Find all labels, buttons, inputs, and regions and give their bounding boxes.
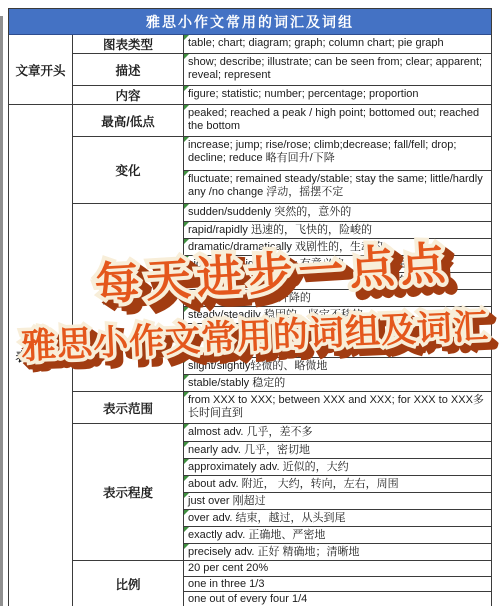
cell-text: dramatic/dramatically 戏剧性的，生动的: [188, 241, 383, 253]
row-label: 表示程度: [72, 424, 184, 560]
cell-text: just over 刚超过: [188, 495, 266, 507]
row-label: 图表类型: [72, 35, 184, 53]
cell-text: show; describe; illustrate; can be seen …: [188, 56, 482, 81]
cell-text: steady/steadily 稳固的，坚定不移的: [188, 309, 363, 321]
table-cell: slight/slightly轻微的、略微地: [184, 357, 491, 374]
table-cell: show; describe; illustrate; can be seen …: [184, 54, 491, 85]
row-label: 表示范围: [72, 392, 184, 423]
cell-corner-marker-icon: [184, 273, 189, 278]
table-row: 最高/低点 peaked; reached a peak / high poin…: [72, 105, 491, 136]
table-row: 表示程度 almost adv. 几乎，差不多 nearly adv. 几乎，密…: [72, 423, 491, 560]
cell-text: approximately adv. 近似的，大约: [188, 461, 349, 473]
cell-corner-marker-icon: [184, 137, 189, 142]
cell-corner-marker-icon: [184, 222, 189, 227]
table-cell-obscured: [184, 323, 491, 340]
cell-text: nearly adv. 几乎，密切地: [188, 444, 310, 456]
group-article-opening: 文章开头 图表类型 table; chart; diagram; graph; …: [9, 35, 491, 104]
cell-text: from XXX to XXX; between XXX and XXX; fo…: [188, 394, 484, 419]
cell-corner-marker-icon: [184, 392, 189, 397]
cell-text: increase; jump; rise/rose; climb;decreas…: [188, 139, 456, 164]
cell-text: slight/slightly轻微的、略微地: [188, 360, 327, 372]
cell-text: 20 per cent 20%: [188, 562, 268, 574]
cell-corner-marker-icon: [184, 290, 189, 295]
row-label: 最高/低点: [72, 105, 184, 136]
table-cell: precisely adv. 正好 精确地；清晰地: [184, 543, 491, 560]
cell-corner-marker-icon: [184, 54, 189, 59]
row-label: 变化: [72, 137, 184, 203]
cell-corner-marker-icon: [184, 442, 189, 447]
table-cell-partially-obscured: 急剧的: [184, 272, 491, 289]
cell-text: almost adv. 几乎，差不多: [188, 426, 313, 438]
cell-corner-marker-icon: [184, 358, 189, 363]
table-cell: sudden/suddenly 突然的，意外的: [184, 204, 491, 221]
cell-text: table; chart; diagram; graph; column cha…: [188, 37, 444, 49]
cell-corner-marker-icon: [184, 424, 189, 429]
cell-corner-marker-icon: [184, 493, 189, 498]
table-cell: nearly adv. 几乎，密切地: [184, 441, 491, 458]
cell-corner-marker-icon: [184, 527, 189, 532]
table-cell: dramatic/dramatically 戏剧性的，生动的: [184, 238, 491, 255]
cell-text: one out of every four 1/4: [188, 593, 307, 605]
table-cell: rapid/rapidly 迅速的，飞快的，险峻的: [184, 221, 491, 238]
table-row: 内容 figure; statistic; number; percentage…: [72, 85, 491, 104]
table-row: 图表类型 table; chart; diagram; graph; colum…: [72, 35, 491, 53]
cell-corner-marker-icon: [184, 256, 189, 261]
cell-text: exactly adv. 正确地、严密地: [188, 529, 325, 541]
cell-corner-marker-icon: [184, 86, 189, 91]
table-cell: exactly adv. 正确地、严密地: [184, 526, 491, 543]
row-label: 比例: [72, 561, 184, 606]
cell-text: 急剧的: [398, 275, 431, 287]
cell-corner-marker-icon: [184, 239, 189, 244]
cell-corner-marker-icon: [184, 510, 189, 515]
table-cell: steady/steadily 稳固的，坚定不移的: [184, 306, 491, 323]
table-cell: stable/stably 稳定的: [184, 374, 491, 391]
table-row: 描述 show; describe; illustrate; can be se…: [72, 53, 491, 85]
cell-text: one in three 1/3: [188, 578, 264, 590]
row-label: 描述: [72, 54, 184, 85]
table-cell: table; chart; diagram; graph; column cha…: [184, 35, 491, 52]
table-cell: figure; statistic; number; percentage; p…: [184, 86, 491, 103]
cell-corner-marker-icon: [184, 459, 189, 464]
page-left-edge: [0, 16, 3, 606]
table-cell: 20 per cent 20%: [184, 561, 491, 576]
cell-corner-marker-icon: [184, 476, 189, 481]
table-cell: over adv. 结束，越过，从头到尾: [184, 509, 491, 526]
cell-corner-marker-icon: [184, 204, 189, 209]
cell-corner-marker-icon: [184, 105, 189, 110]
cell-text: stable/stably 稳定的: [188, 377, 285, 389]
table-title: 雅思小作文常用的词汇及词组: [9, 9, 491, 35]
row-label: 变化程度: [72, 204, 184, 391]
cell-text: peaked; reached a peak / high point; bot…: [188, 107, 479, 132]
table-cell: steep/steeply 急剧升降的: [184, 289, 491, 306]
cell-text: over adv. 结束，越过，从头到尾: [188, 512, 346, 524]
table-cell: one out of every four 1/4: [184, 591, 491, 606]
row-label: 内容: [72, 86, 184, 104]
cell-corner-marker-icon: [184, 171, 189, 176]
table-row: 比例 20 per cent 20% one in three 1/3 one …: [72, 560, 491, 606]
cell-corner-marker-icon: [184, 375, 189, 380]
table-cell: one in three 1/3: [184, 576, 491, 591]
table-row: 表示范围 from XXX to XXX; between XXX and XX…: [72, 391, 491, 423]
group-label: 表述数据: [9, 105, 72, 606]
table-row: 变化程度 sudden/suddenly 突然的，意外的 rapid/rapid…: [72, 203, 491, 391]
cell-text: fluctuate; remained steady/stable; stay …: [188, 173, 483, 198]
cell-text: about adv. 附近， 大约，转向，左右，周围: [188, 478, 399, 490]
table-cell: increase; jump; rise/rose; climb;decreas…: [184, 137, 491, 170]
cell-text: precisely adv. 正好 精确地；清晰地: [188, 546, 360, 558]
table-cell: fluctuate; remained steady/stable; stay …: [184, 170, 491, 203]
cell-corner-marker-icon: [184, 307, 189, 312]
cell-text: significant/significantly 有意义的，重大的，重要的: [188, 258, 432, 270]
cell-corner-marker-icon: [184, 35, 189, 40]
cell-text: figure; statistic; number; percentage; p…: [188, 88, 419, 100]
cell-text: rapid/rapidly 迅速的，飞快的，险峻的: [188, 224, 372, 236]
cell-text: sudden/suddenly 突然的，意外的: [188, 206, 351, 218]
table-cell: peaked; reached a peak / high point; bot…: [184, 105, 491, 136]
group-data-description: 表述数据 最高/低点 peaked; reached a peak / high…: [9, 104, 491, 606]
table-cell-obscured: [184, 340, 491, 357]
group-label: 文章开头: [9, 35, 72, 104]
table-cell: approximately adv. 近似的，大约: [184, 458, 491, 475]
cell-corner-marker-icon: [184, 544, 189, 549]
table-cell: from XXX to XXX; between XXX and XXX; fo…: [184, 392, 491, 423]
table-cell: just over 刚超过: [184, 492, 491, 509]
table-cell: almost adv. 几乎，差不多: [184, 424, 491, 441]
vocab-table: 雅思小作文常用的词汇及词组 文章开头 图表类型 table; chart; di…: [8, 8, 492, 606]
table-row: 变化 increase; jump; rise/rose; climb;decr…: [72, 136, 491, 203]
table-cell: significant/significantly 有意义的，重大的，重要的: [184, 255, 491, 272]
table-cell: about adv. 附近， 大约，转向，左右，周围: [184, 475, 491, 492]
cell-text: steep/steeply 急剧升降的: [188, 292, 311, 304]
